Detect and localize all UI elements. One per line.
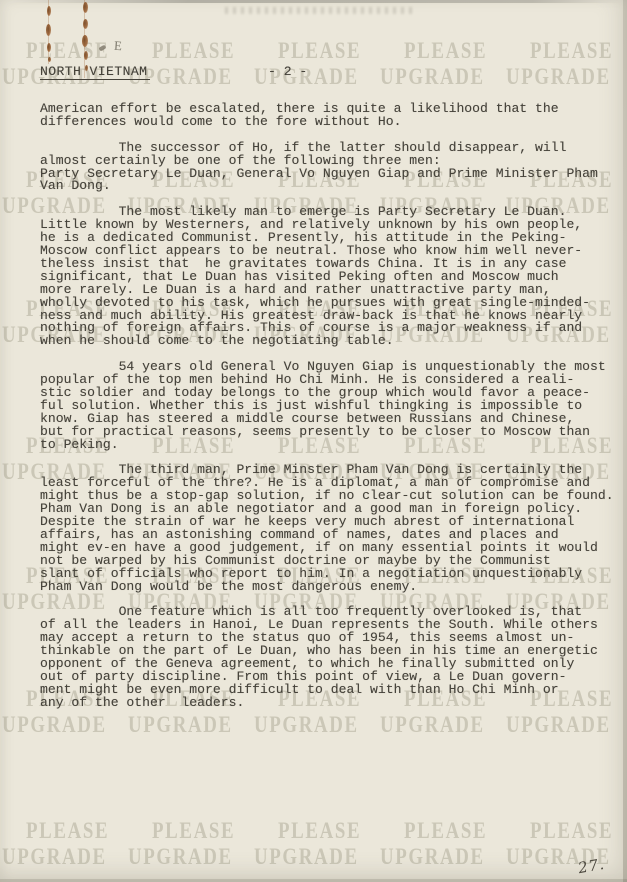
watermark-word: PLEASE <box>404 818 487 844</box>
watermark-word: UPGRADE <box>128 844 233 870</box>
watermark-word: PLEASE <box>152 38 235 64</box>
rust-stain-right <box>82 0 89 78</box>
watermark-word: PLEASE <box>278 38 361 64</box>
stray-mark: E <box>113 38 122 55</box>
watermark-word: PLEASE <box>530 818 613 844</box>
handwritten-page-number: 27. <box>577 855 607 877</box>
watermark-word: PLEASE <box>26 38 109 64</box>
watermark-word: UPGRADE <box>506 712 611 738</box>
watermark-word: PLEASE <box>26 818 109 844</box>
bleedthrough-smudge <box>225 7 415 14</box>
page-number: - 2 - <box>268 64 307 79</box>
scan-top-edge <box>0 0 627 3</box>
watermark-word: UPGRADE <box>254 844 359 870</box>
watermark-word: UPGRADE <box>380 712 485 738</box>
watermark-word: UPGRADE <box>2 712 107 738</box>
document-body-text: American effort be escalated, there is q… <box>40 103 614 710</box>
document-header: NORTH VIETNAM - 2 - <box>40 64 600 80</box>
watermark-word: UPGRADE <box>2 844 107 870</box>
watermark-word: PLEASE <box>278 818 361 844</box>
rust-stain-left <box>46 0 52 64</box>
watermark-word: UPGRADE <box>128 712 233 738</box>
watermark-word: UPGRADE <box>380 844 485 870</box>
watermark-word: PLEASE <box>404 38 487 64</box>
watermark-word: PLEASE <box>530 38 613 64</box>
scan-right-edge <box>623 0 627 882</box>
document-title: NORTH VIETNAM <box>40 64 150 80</box>
watermark-word: UPGRADE <box>254 712 359 738</box>
ink-fleck <box>98 45 106 52</box>
watermark-word: PLEASE <box>152 818 235 844</box>
scanned-document-page: PLEASEPLEASEPLEASEPLEASEPLEASEPLEASEUPGR… <box>0 0 627 882</box>
